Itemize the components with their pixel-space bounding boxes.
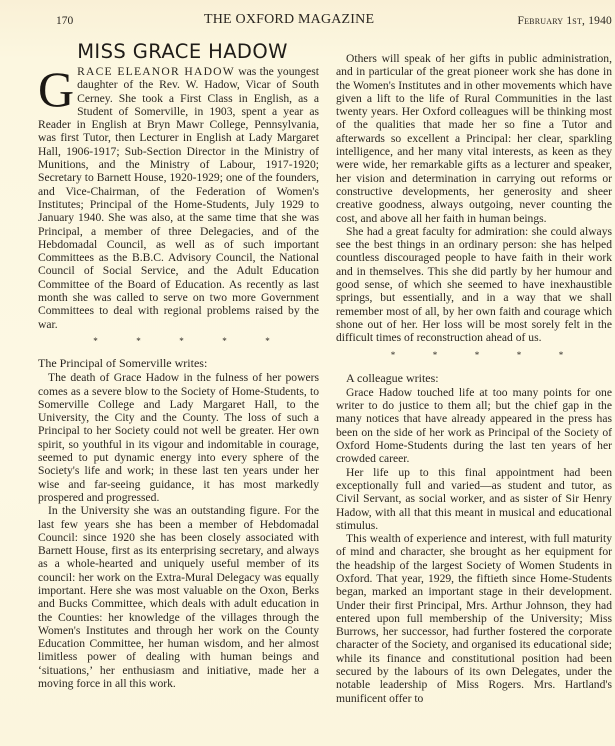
ornament-star: *: [391, 349, 396, 362]
ornament-star: *: [559, 349, 564, 362]
magazine-title: THE OXFORD MAGAZINE: [204, 12, 374, 28]
ornament-star: *: [179, 335, 184, 348]
ornament-star: *: [265, 335, 270, 348]
page-number: 170: [56, 13, 73, 29]
section-ornament: * * * * *: [38, 331, 319, 352]
body-paragraph: In the University she was an outstanding…: [38, 504, 319, 690]
section-ornament: * * * * *: [336, 345, 612, 366]
body-paragraph: She had a great faculty for admiration: …: [336, 225, 612, 345]
right-column: Others will speak of her gifts in public…: [336, 52, 612, 705]
ornament-star: *: [433, 349, 438, 362]
running-head: 170 THE OXFORD MAGAZINE February 1st, 19…: [56, 12, 612, 28]
body-paragraph: This wealth of experience and interest, …: [336, 532, 612, 705]
ornament-star: *: [222, 335, 227, 348]
intro-paragraph: GRACE ELEANOR HADOW was the youngest dau…: [38, 65, 319, 331]
body-paragraph: The death of Grace Hadow in the fulness …: [38, 371, 319, 504]
article-title: MISS GRACE HADOW: [46, 41, 319, 63]
dropcap-letter: G: [38, 67, 77, 108]
issue-date: February 1st, 1940: [518, 13, 613, 29]
ornament-star: *: [475, 349, 480, 362]
ornament-star: *: [517, 349, 522, 362]
intro-text: was the youngest daughter of the Rev. W.…: [38, 65, 319, 331]
ornament-star: *: [136, 335, 141, 348]
byline-somerville: The Principal of Somerville writes:: [38, 357, 319, 370]
left-column: MISS GRACE HADOW GRACE ELEANOR HADOW was…: [38, 40, 319, 690]
ornament-star: *: [93, 335, 98, 348]
magazine-page: 170 THE OXFORD MAGAZINE February 1st, 19…: [0, 0, 615, 746]
intro-first-words: RACE ELEANOR HADOW: [77, 65, 235, 78]
byline-colleague: A colleague writes:: [336, 372, 612, 385]
body-paragraph: Her life up to this final appointment ha…: [336, 466, 612, 532]
body-paragraph: Others will speak of her gifts in public…: [336, 52, 612, 225]
body-paragraph: Grace Hadow touched life at too many poi…: [336, 386, 612, 466]
